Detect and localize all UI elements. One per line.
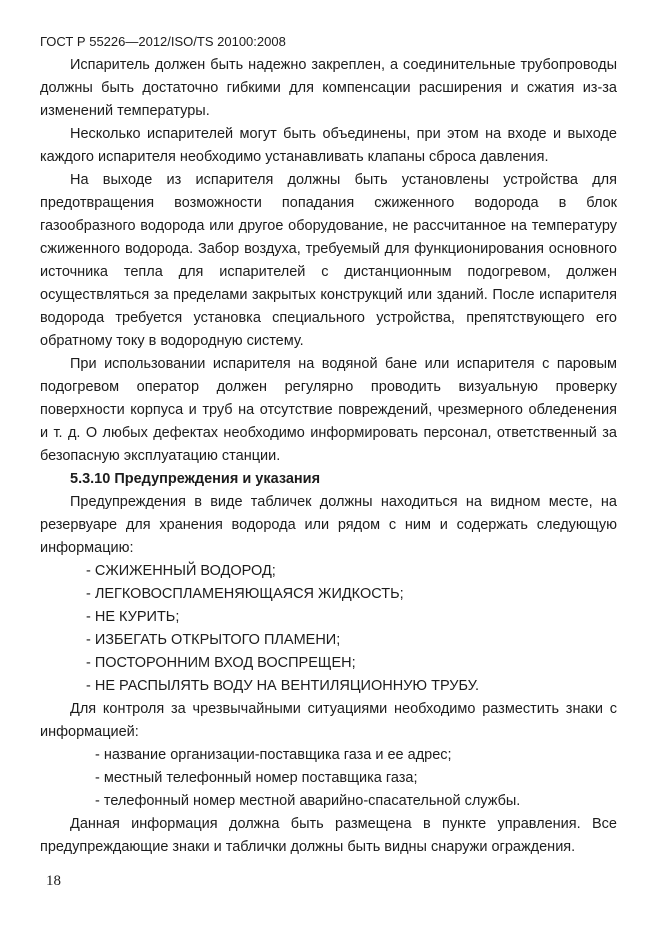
paragraph-evaporator-mounting: Испаритель должен быть надежно закреплен… [40, 54, 617, 123]
page-number: 18 [46, 872, 61, 890]
list-item: - НЕ КУРИТЬ; [40, 606, 617, 629]
list-item: - НЕ РАСПЫЛЯТЬ ВОДУ НА ВЕНТИЛЯЦИОННУЮ ТР… [40, 675, 617, 698]
section-heading-5-3-10: 5.3.10 Предупреждения и указания [40, 468, 617, 491]
paragraph-operator-inspection: При использовании испарителя на водяной … [40, 353, 617, 468]
document-body: Испаритель должен быть надежно закреплен… [40, 54, 617, 859]
document-page: ГОСТ Р 55226—2012/ISO/TS 20100:2008 Испа… [0, 0, 661, 935]
list-item: - местный телефонный номер поставщика га… [40, 767, 617, 790]
paragraph-control-point-info: Данная информация должна быть размещена … [40, 813, 617, 859]
paragraph-warning-signs: Предупреждения в виде табличек должны на… [40, 491, 617, 560]
paragraph-multiple-evaporators: Несколько испарителей могут быть объедин… [40, 123, 617, 169]
list-item: - ИЗБЕГАТЬ ОТКРЫТОГО ПЛАМЕНИ; [40, 629, 617, 652]
document-header: ГОСТ Р 55226—2012/ISO/TS 20100:2008 [40, 34, 617, 50]
list-item: - название организации-поставщика газа и… [40, 744, 617, 767]
emergency-info-list: - название организации-поставщика газа и… [40, 744, 617, 813]
list-item: - телефонный номер местной аварийно-спас… [40, 790, 617, 813]
list-item: - ПОСТОРОННИМ ВХОД ВОСПРЕЩЕН; [40, 652, 617, 675]
list-item: - СЖИЖЕННЫЙ ВОДОРОД; [40, 560, 617, 583]
warning-labels-list: - СЖИЖЕННЫЙ ВОДОРОД; - ЛЕГКОВОСПЛАМЕНЯЮЩ… [40, 560, 617, 698]
paragraph-evaporator-outlet-devices: На выходе из испарителя должны быть уста… [40, 169, 617, 353]
list-item: - ЛЕГКОВОСПЛАМЕНЯЮЩАЯСЯ ЖИДКОСТЬ; [40, 583, 617, 606]
paragraph-emergency-signs: Для контроля за чрезвычайными ситуациями… [40, 698, 617, 744]
